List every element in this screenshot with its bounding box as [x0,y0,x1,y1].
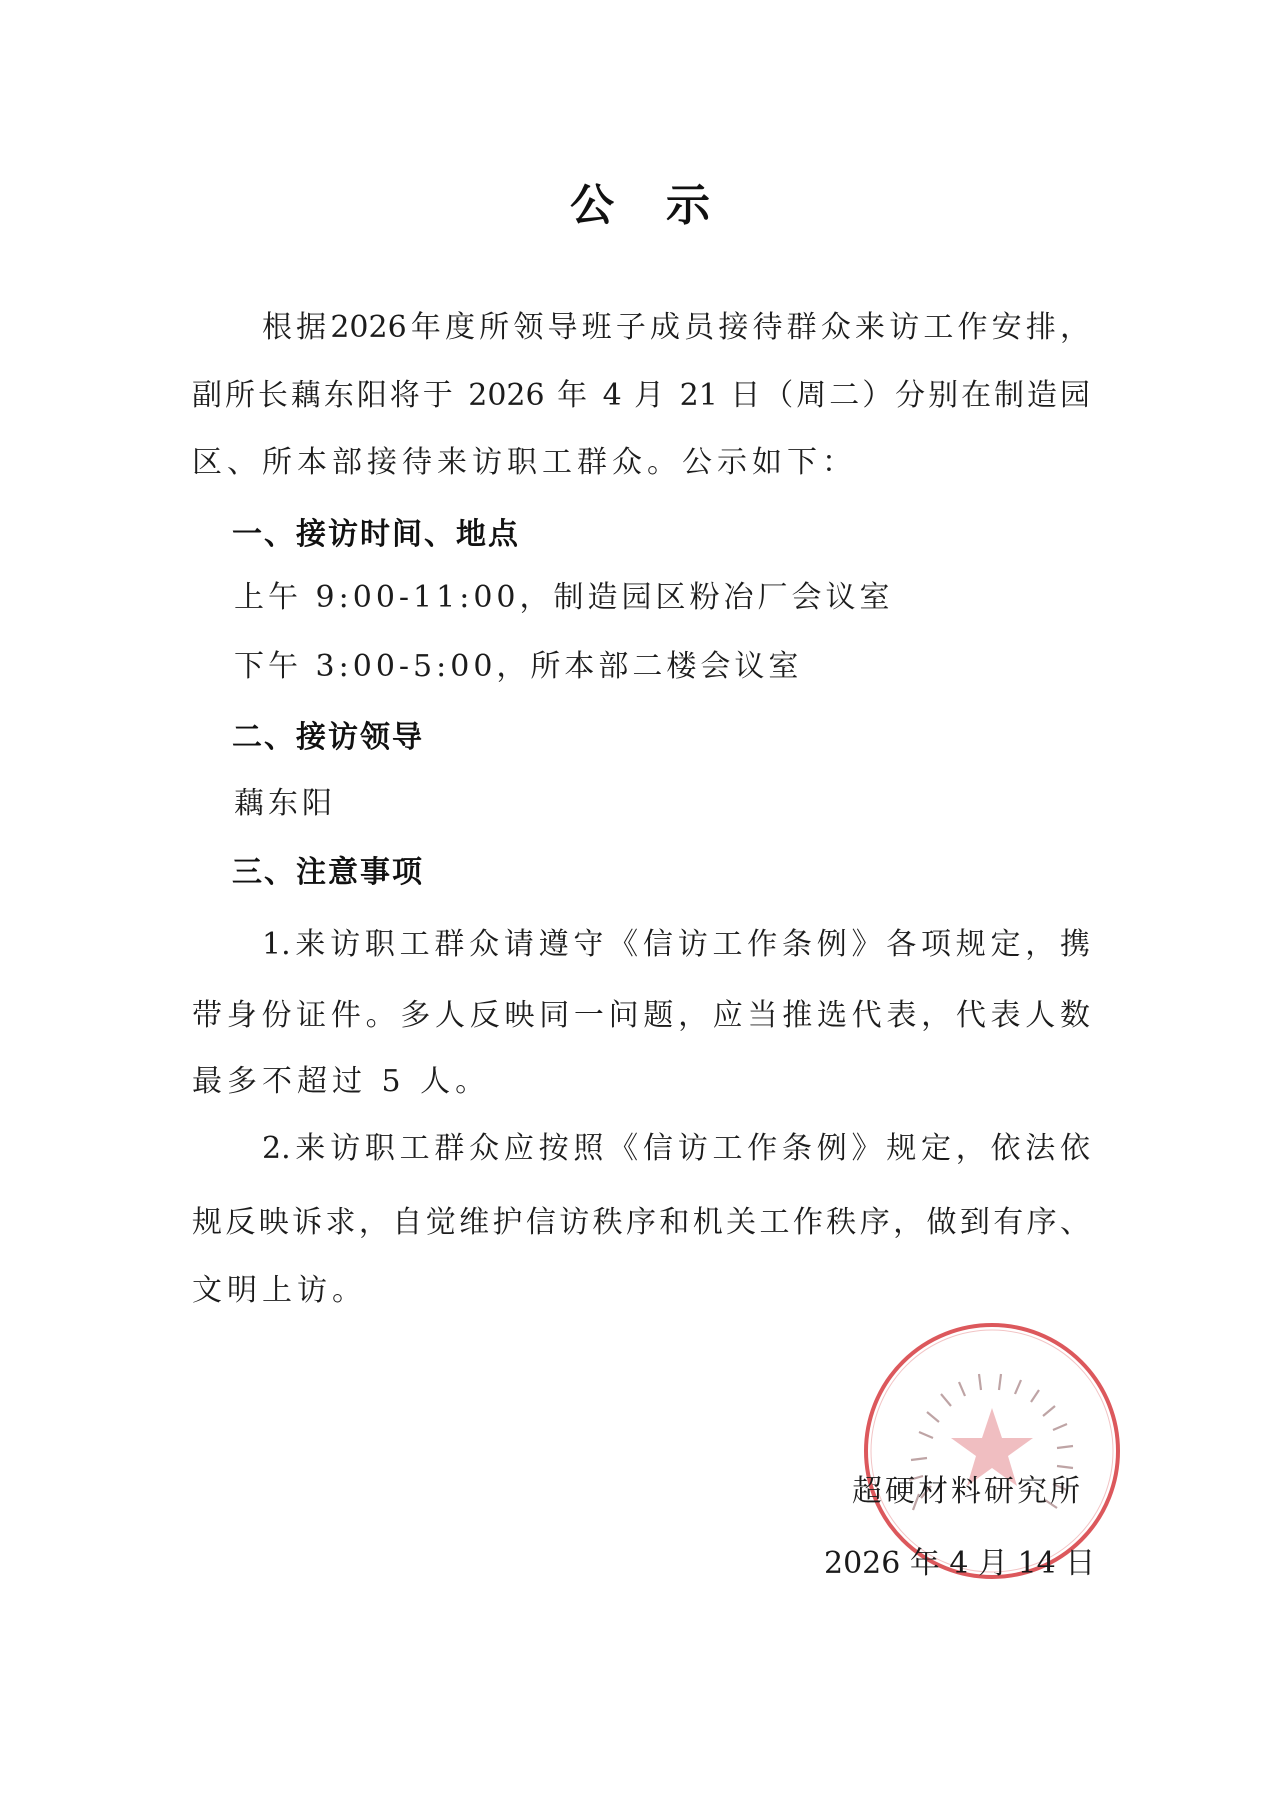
signature-date: 2026 年 4 月 14 日 [824,1544,1095,1584]
signature-organization: 超硬材料研究所 [852,1472,1083,1512]
schedule-afternoon: 下午 3:00-5:00，所本部二楼会议室 [234,647,802,687]
note-2-line-3: 文明上访。 [192,1271,367,1311]
intro-line-1: 根据2026年度所领导班子成员接待群众来访工作安排， [262,308,1090,348]
official-seal-stamp [861,1320,1123,1582]
note-1-line-2: 带身份证件。多人反映同一问题，应当推选代表，代表人数 [192,996,1090,1036]
intro-line-2: 副所长藕东阳将于 2026 年 4 月 21 日（周二）分别在制造园 [192,376,1090,416]
intro-line-3: 区、所本部接待来访职工群众。公示如下： [192,443,857,483]
schedule-morning: 上午 9:00-11:00，制造园区粉冶厂会议室 [234,578,894,618]
note-2-line-2: 规反映诉求，自觉维护信访秩序和机关工作秩序，做到有序、 [192,1203,1090,1243]
section-heading-notes: 三、注意事项 [232,853,424,893]
document-title: 公示 [0,176,1280,236]
document-page: 公示 根据2026年度所领导班子成员接待群众来访工作安排， 副所长藕东阳将于 2… [0,0,1280,1811]
leader-name: 藕东阳 [234,784,336,824]
section-heading-leader: 二、接访领导 [232,718,424,758]
section-heading-time-place: 一、接访时间、地点 [232,515,520,555]
note-1-line-3: 最多不超过 5 人。 [192,1062,490,1102]
note-2-line-1: 2.来访职工群众应按照《信访工作条例》规定，依法依 [262,1129,1090,1169]
note-1-line-1: 1.来访职工群众请遵守《信访工作条例》各项规定，携 [262,925,1090,965]
